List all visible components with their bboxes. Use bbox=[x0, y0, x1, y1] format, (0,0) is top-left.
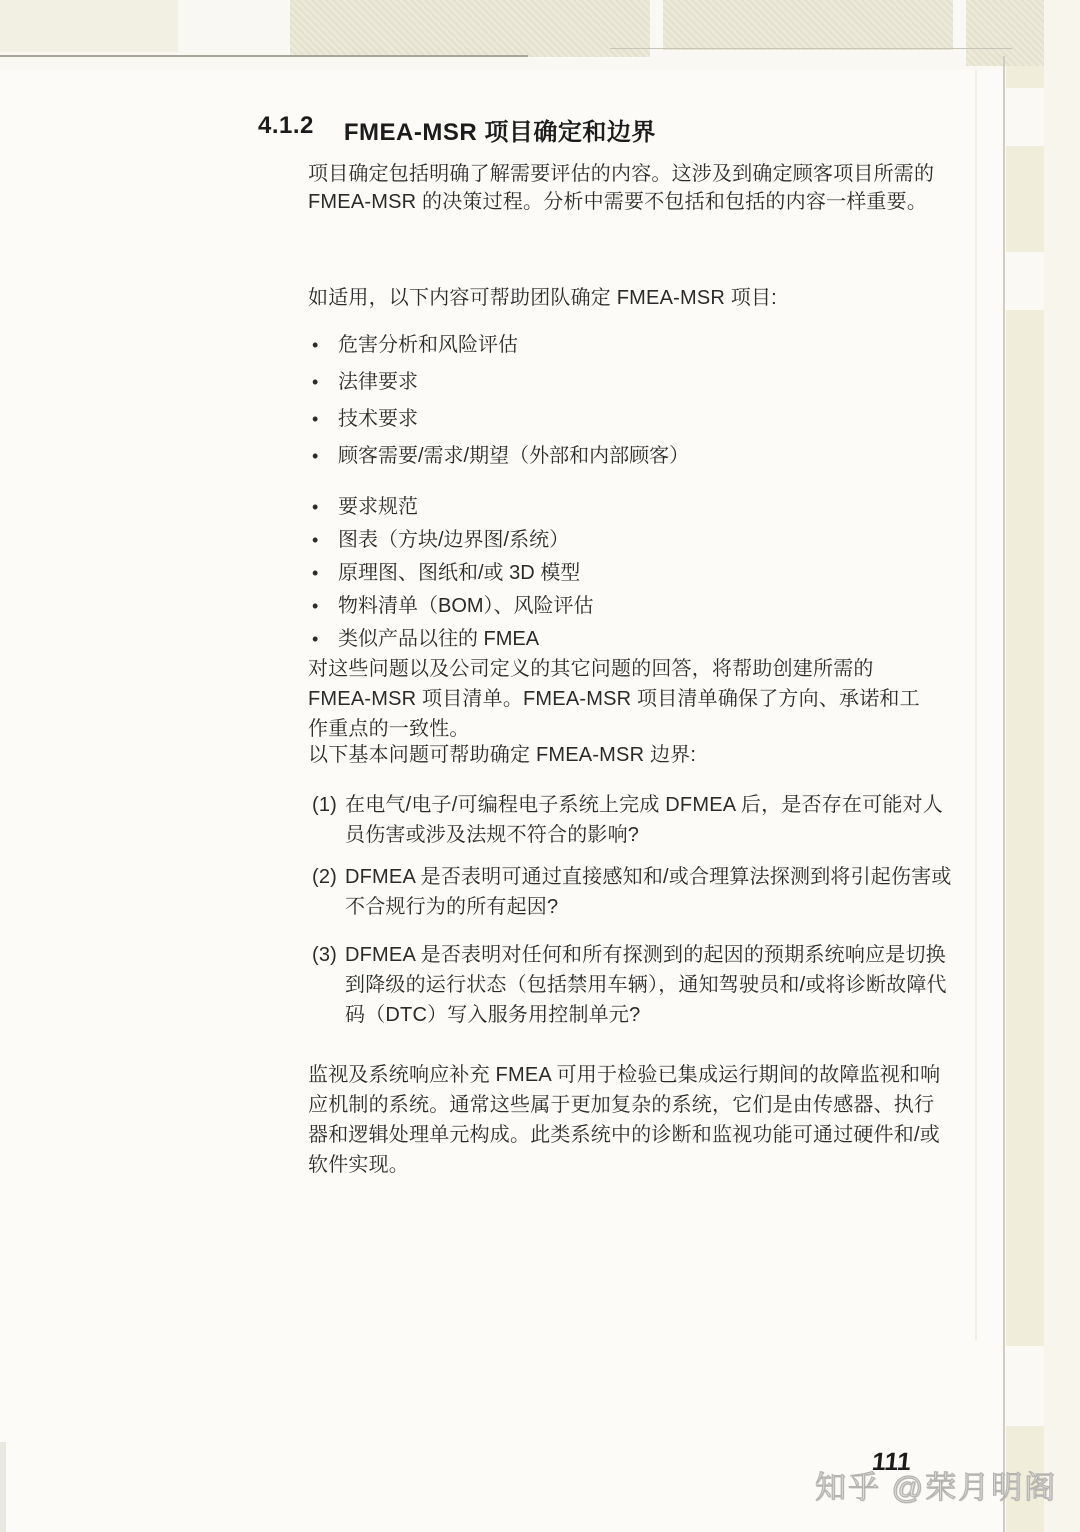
list-item-label: 类似产品以往的 FMEA bbox=[338, 624, 539, 654]
section-heading: 4.1.2 FMEA-MSR 项目确定和边界 bbox=[258, 112, 656, 147]
list-item-label: 物料清单（BOM）、风险评估 bbox=[338, 591, 594, 621]
scanned-document-page: 4.1.2 FMEA-MSR 项目确定和边界 项目确定包括明确了解需要评估的内容… bbox=[0, 0, 1080, 1532]
bullet-icon: • bbox=[312, 330, 338, 360]
question-item-1: (1) 在电气/电子/可编程电子系统上完成 DFMEA 后，是否存在可能对人员伤… bbox=[312, 790, 960, 850]
scan-artifact-gap bbox=[1006, 252, 1044, 310]
paragraph-project-identification: 项目确定包括明确了解需要评估的内容。这涉及到确定顾客项目所需的 FMEA-MSR… bbox=[308, 160, 948, 216]
paragraph-boundary-intro: 以下基本问题可帮助确定 FMEA-MSR 边界: bbox=[308, 740, 968, 770]
question-number: (3) bbox=[312, 940, 337, 970]
list-item: • 图表（方块/边界图/系统） bbox=[312, 525, 594, 555]
question-number: (2) bbox=[312, 862, 337, 892]
scan-artifact-gap bbox=[1006, 88, 1044, 146]
paragraph-list-intro: 如适用，以下内容可帮助团队确定 FMEA-MSR 项目: bbox=[308, 283, 968, 313]
list-item: • 物料清单（BOM）、风险评估 bbox=[312, 591, 594, 621]
bullet-list-project-inputs: • 危害分析和风险评估 • 法律要求 • 技术要求 • 顾客需要/需求/期望（外… bbox=[312, 330, 689, 478]
scan-edge-outer bbox=[1044, 0, 1080, 1532]
bullet-icon: • bbox=[312, 367, 338, 397]
list-item: • 危害分析和风险评估 bbox=[312, 330, 689, 360]
question-item-3: (3) DFMEA 是否表明对任何和所有探测到的起因的预期系统响应是切换到降级的… bbox=[312, 940, 960, 1030]
watermark-text: 知乎 @荣月明阁 bbox=[815, 1462, 1057, 1507]
scan-edge-right-strip bbox=[1006, 66, 1044, 1532]
paragraph-fmea-msr-list: 对这些问题以及公司定义的其它问题的回答，将帮助创建所需的 FMEA-MSR 项目… bbox=[308, 654, 922, 744]
question-number: (1) bbox=[312, 790, 337, 820]
list-item-label: 要求规范 bbox=[338, 492, 418, 522]
list-item-label: 顾客需要/需求/期望（外部和内部顾客） bbox=[338, 441, 689, 471]
bullet-icon: • bbox=[312, 624, 338, 654]
list-item-label: 原理图、图纸和/或 3D 模型 bbox=[338, 558, 580, 588]
bullet-icon: • bbox=[312, 591, 338, 621]
scan-artifact-block bbox=[663, 0, 953, 50]
list-item-label: 危害分析和风险评估 bbox=[338, 330, 518, 360]
page-crease-line bbox=[975, 70, 977, 1340]
question-text: DFMEA 是否表明对任何和所有探测到的起因的预期系统响应是切换到降级的运行状态… bbox=[345, 944, 947, 1026]
bullet-icon: • bbox=[312, 492, 338, 522]
list-item: • 类似产品以往的 FMEA bbox=[312, 624, 594, 654]
bullet-icon: • bbox=[312, 404, 338, 434]
question-text: 在电气/电子/可编程电子系统上完成 DFMEA 后，是否存在可能对人员伤害或涉及… bbox=[345, 794, 943, 846]
paragraph-monitoring-system-response: 监视及系统响应补充 FMEA 可用于检验已集成运行期间的故障监视和响应机制的系统… bbox=[308, 1060, 950, 1180]
section-number: 4.1.2 bbox=[258, 112, 314, 147]
bullet-icon: • bbox=[312, 441, 338, 471]
list-item-label: 技术要求 bbox=[338, 404, 418, 434]
list-item: • 顾客需要/需求/期望（外部和内部顾客） bbox=[312, 441, 689, 471]
bullet-icon: • bbox=[312, 525, 338, 555]
list-item: • 要求规范 bbox=[312, 492, 594, 522]
scan-artifact-block bbox=[966, 0, 1046, 66]
list-item: • 法律要求 bbox=[312, 367, 689, 397]
scan-artifact-line bbox=[0, 55, 528, 57]
question-text: DFMEA 是否表明可通过直接感知和/或合理算法探测到将引起伤害或不合规行为的所… bbox=[345, 866, 952, 918]
list-item: • 原理图、图纸和/或 3D 模型 bbox=[312, 558, 594, 588]
scan-edge-top bbox=[0, 0, 1080, 70]
section-title: FMEA-MSR 项目确定和边界 bbox=[344, 112, 656, 147]
list-item: • 技术要求 bbox=[312, 404, 689, 434]
scan-artifact-block bbox=[290, 0, 650, 57]
list-item-label: 法律要求 bbox=[338, 367, 418, 397]
scan-artifact-corner bbox=[0, 1442, 6, 1532]
scan-artifact-block bbox=[0, 0, 178, 52]
bullet-icon: • bbox=[312, 558, 338, 588]
list-item-label: 图表（方块/边界图/系统） bbox=[338, 525, 569, 555]
bullet-list-documents: • 要求规范 • 图表（方块/边界图/系统） • 原理图、图纸和/或 3D 模型… bbox=[312, 492, 594, 657]
scan-artifact-line bbox=[610, 48, 1012, 49]
scan-artifact-gap bbox=[1006, 1346, 1044, 1426]
question-item-2: (2) DFMEA 是否表明可通过直接感知和/或合理算法探测到将引起伤害或不合规… bbox=[312, 862, 960, 922]
scan-edge-right-line bbox=[1003, 56, 1005, 1532]
